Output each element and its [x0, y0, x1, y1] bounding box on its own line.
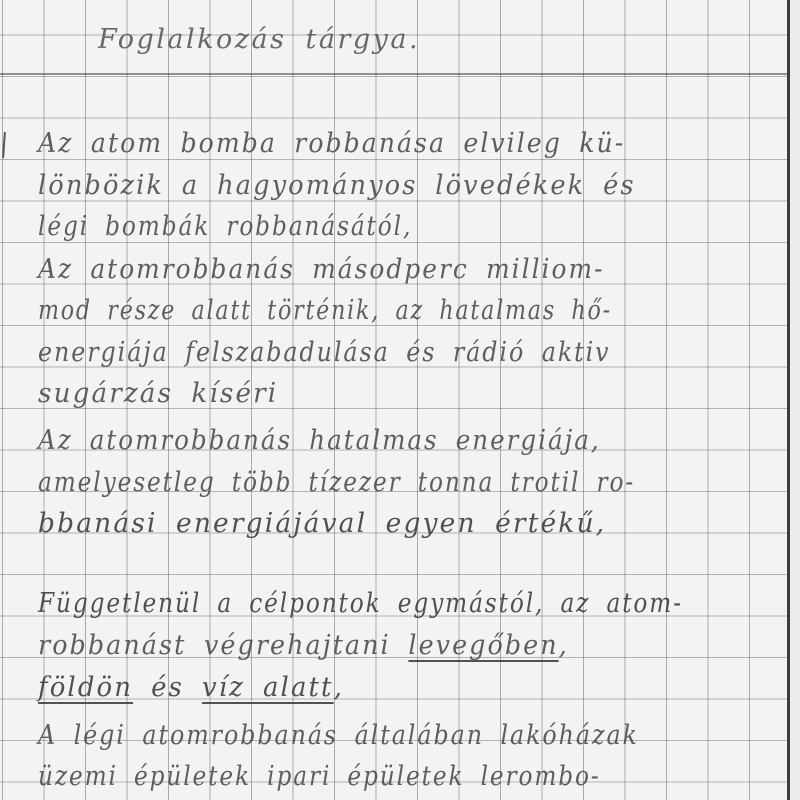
text-fragment: ,: [334, 672, 344, 703]
text-line: Függetlenül a célpontok egymástól, az at…: [38, 588, 683, 619]
text-line: robbanást végrehajtani levegőben,: [38, 630, 569, 661]
underlined-term-ground: földön: [38, 672, 133, 703]
grid-paper-page: Foglalkozás tárgya. Az atom bomba robban…: [0, 0, 800, 800]
underlined-term-underwater: víz alatt: [202, 672, 334, 703]
text-line: bbanási energiájával egyen értékű,: [38, 508, 606, 539]
text-fragment: ,: [559, 630, 569, 661]
header-rule: [0, 73, 800, 75]
text-fragment: robbanást végrehajtani: [38, 630, 391, 661]
text-line: üzemi épületek ipari épületek lerombo-: [38, 761, 601, 792]
right-margin-line: [787, 0, 790, 800]
text-line: Az atomrobbanás másodperc milliom-: [38, 254, 605, 285]
text-fragment: és: [151, 672, 184, 703]
text-line: mod része alatt történik, az hatalmas hő…: [38, 295, 612, 326]
page-title: Foglalkozás tárgya.: [98, 24, 420, 55]
text-line: energiája felszabadulása és rádió aktiv: [38, 337, 611, 368]
margin-tick-mark: [2, 132, 6, 158]
text-line: Az atom bomba robbanása elvileg kü-: [38, 128, 625, 159]
text-line: légi bombák robbanásától,: [38, 211, 412, 242]
text-line: sugárzás kíséri: [38, 378, 278, 409]
adjacent-page-edge: [790, 0, 800, 800]
underlined-term-air: levegőben: [408, 630, 558, 661]
text-line: A légi atomrobbanás általában lakóházak: [38, 720, 639, 751]
text-line: Az atomrobbanás hatalmas energiája,: [38, 425, 601, 456]
text-line: földön és víz alatt,: [38, 672, 344, 703]
text-line: lönbözik a hagyományos lövedékek és: [38, 170, 636, 201]
text-line: amelyesetleg több tízezer tonna trotil r…: [38, 467, 635, 498]
